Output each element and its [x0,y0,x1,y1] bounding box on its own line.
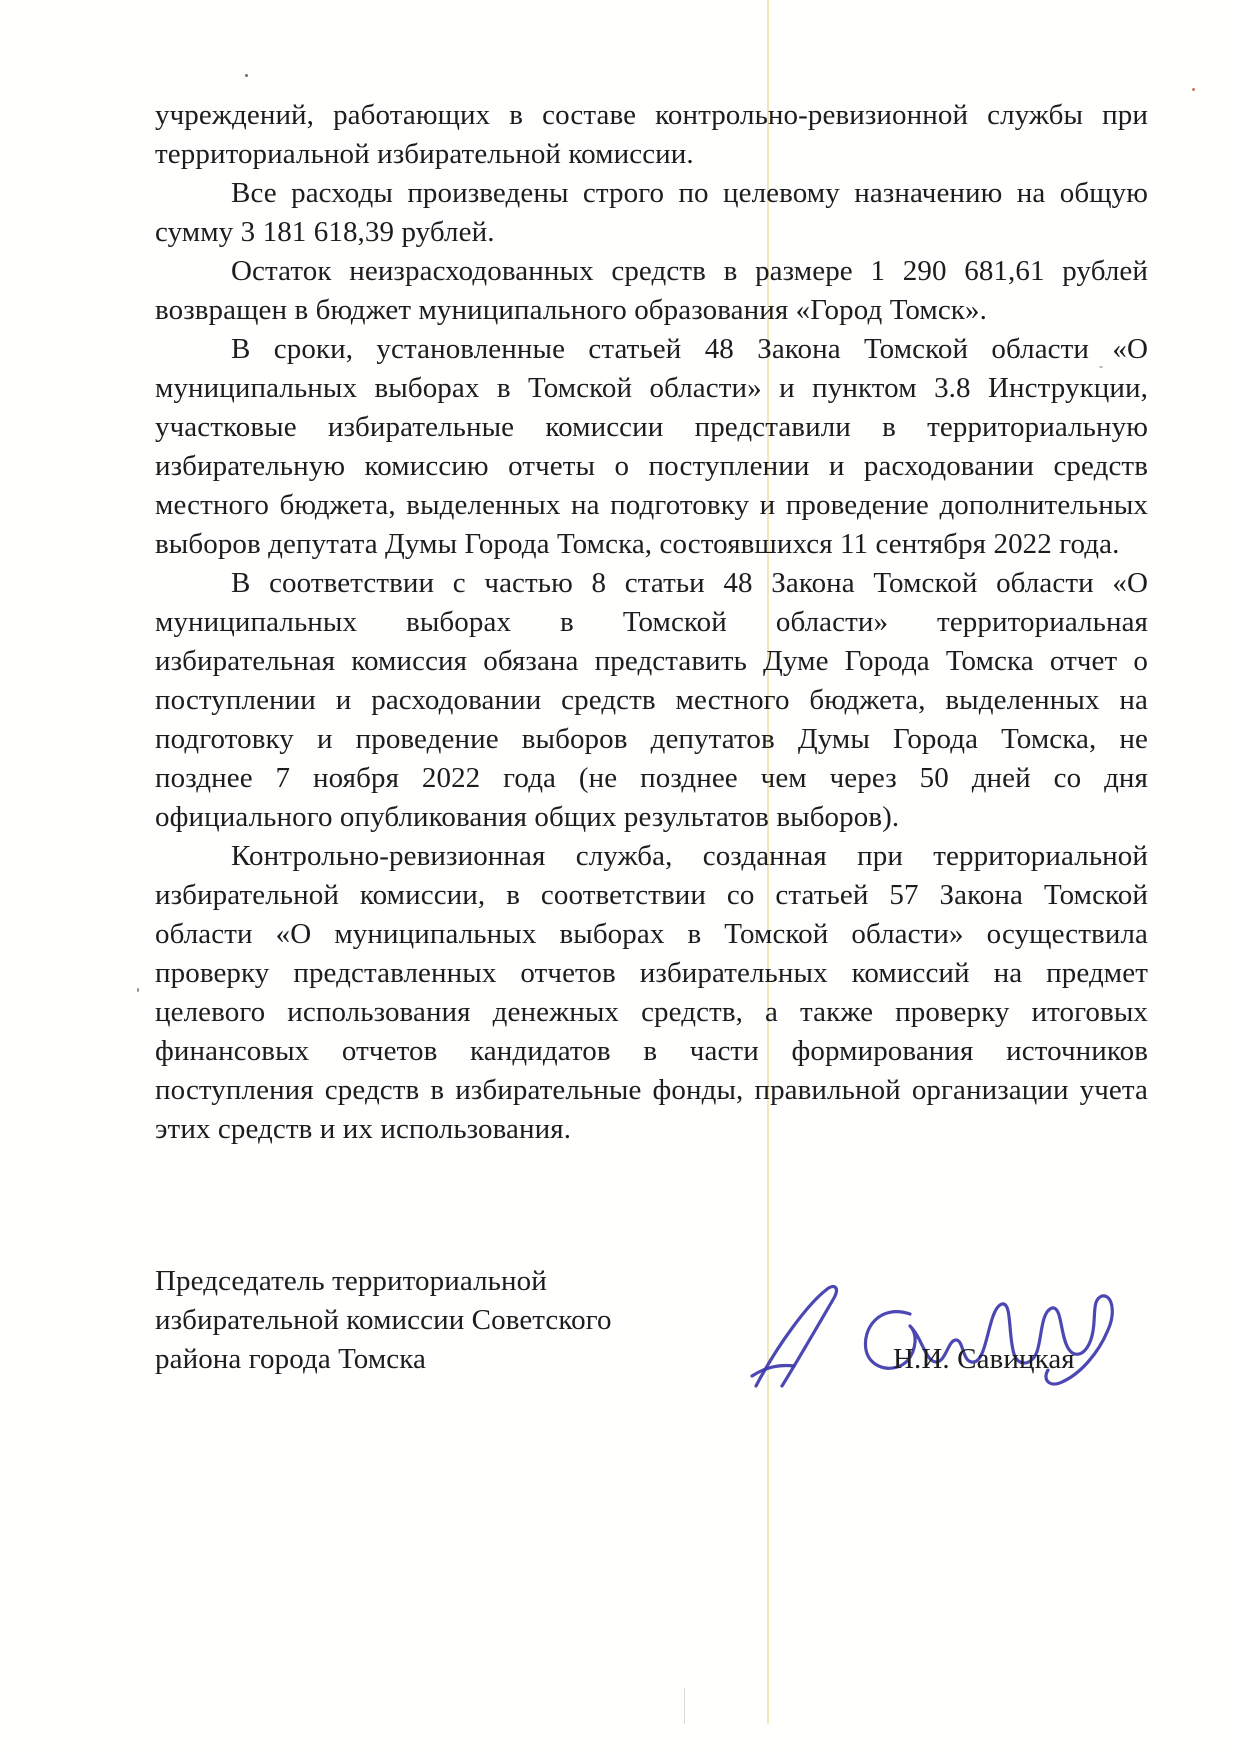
text-line: поступлении и расходовании средств местн… [155,681,1148,720]
scan-speck [137,988,139,992]
text-line: избирательной комиссии, в соответствии с… [155,876,1148,915]
text-line: местного бюджета, выделенных на подготов… [155,486,1148,525]
document-body: учреждений, работающих в составе контрол… [155,0,1148,1422]
text-line: муниципальных выборах в Томской области»… [155,369,1148,408]
text-line: участковые избирательные комиссии предст… [155,408,1148,447]
signature-block: Председатель территориальной избирательн… [155,1262,1148,1422]
paragraph-3: Остаток неизрасходованных средств в разм… [155,252,1148,330]
paragraph-6: Контрольно-ревизионная служба, созданная… [155,837,1148,1149]
text-line: официального опубликования общих результ… [155,798,1148,837]
text-line: этих средств и их использования. [155,1110,1148,1149]
paragraph-5: В соответствии с частью 8 статьи 48 Зако… [155,564,1148,837]
text-line: Все расходы произведены строго по целево… [155,174,1148,213]
handwritten-signature [750,1278,1120,1398]
text-line: позднее 7 ноября 2022 года (не позднее ч… [155,759,1148,798]
text-line: учреждений, работающих в составе контрол… [155,96,1148,135]
text-line: проверку представленных отчетов избирате… [155,954,1148,993]
paragraph-1: учреждений, работающих в составе контрол… [155,96,1148,174]
text-line: избирательную комиссию отчеты о поступле… [155,447,1148,486]
text-line: возвращен в бюджет муниципального образо… [155,291,1148,330]
text-line: Контрольно-ревизионная служба, созданная… [155,837,1148,876]
text-line: Остаток неизрасходованных средств в разм… [155,252,1148,291]
text-line: муниципальных выборах в Томской области»… [155,603,1148,642]
paragraph-2: Все расходы произведены строго по целево… [155,174,1148,252]
text-line: избирательная комиссия обязана представи… [155,642,1148,681]
scan-artifact-line [684,1688,685,1724]
scanned-document-page: учреждений, работающих в составе контрол… [0,0,1240,1753]
scan-speck [1192,88,1195,91]
text-line: выборов депутата Думы Города Томска, сос… [155,525,1148,564]
text-line: области «О муниципальных выборах в Томск… [155,915,1148,954]
text-line: В сроки, установленные статьей 48 Закона… [155,330,1148,369]
paragraph-4: В сроки, установленные статьей 48 Закона… [155,330,1148,564]
signee-name: Н.И. Савицкая [893,1340,1075,1379]
text-line: территориальной избирательной комиссии. [155,135,1148,174]
text-line: сумму 3 181 618,39 рублей. [155,213,1148,252]
text-line: поступления средств в избирательные фонд… [155,1071,1148,1110]
text-line: В соответствии с частью 8 статьи 48 Зако… [155,564,1148,603]
text-line: подготовку и проведение выборов депутато… [155,720,1148,759]
text-line: целевого использования денежных средств,… [155,993,1148,1032]
text-line: финансовых отчетов кандидатов в части фо… [155,1032,1148,1071]
